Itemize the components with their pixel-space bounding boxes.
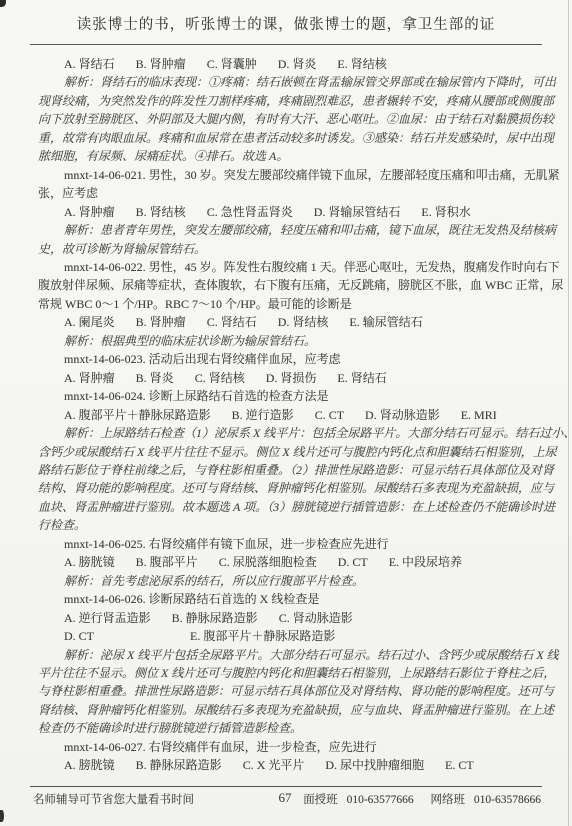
option-item: B. 肾结核 <box>136 205 186 219</box>
option-item: A. 肾肿瘤 <box>64 205 115 219</box>
analysis-line: 肾结核、肾肿瘤钙化相鉴别。尿酸结石多表现为充盈缺损，应与血块、肾盂肿瘤进行鉴别。… <box>38 701 538 719</box>
option-item: D. 肾输尿管结石 <box>314 205 401 219</box>
options-line: A. 腹部平片＋静脉尿路造影B. 逆行造影C. CTD. 肾动脉造影E. MRI <box>38 406 538 424</box>
analysis-line: 含钙少或尿酸结石 X 线平片往往不显示。侧位 X 线片还可与腹腔内钙化点和胆囊结… <box>38 443 538 461</box>
question-line: mnxt-14-06-021. 男性，30 岁。突发左腰部绞痛伴镜下血尿，左腰部… <box>38 166 538 184</box>
footer-divider <box>30 786 542 787</box>
option-item: E. 肾结石 <box>337 371 386 385</box>
option-item: C. CT <box>315 408 344 422</box>
option-item: E. 腹部平片＋静脉尿路造影 <box>190 629 335 643</box>
online-class-label: 网络班 <box>431 794 466 806</box>
options-line: A. 膀胱镜B. 静脉尿路造影C. X 光平片D. 尿中找肿瘤细胞E. CT <box>38 756 538 774</box>
options-line: A. 阑尾炎B. 肾肿瘤C. 肾结石D. 肾结核E. 输尿管结石 <box>38 313 538 331</box>
option-item: D. 尿中找肿瘤细胞 <box>325 758 424 772</box>
option-item: B. 逆行造影 <box>232 408 294 422</box>
option-item: B. 肾肿瘤 <box>136 315 186 329</box>
option-item: C. 肾结石 <box>207 315 257 329</box>
question-line: mnxt-14-06-023. 活动后出现右肾绞痛伴血尿，应考虑 <box>38 350 538 368</box>
analysis-line: 解析：泌尿 X 线平片包括全尿路平片。大部分结石可显示。结石过小、含钙少或尿酸结… <box>38 646 538 664</box>
analysis-line: 向下放射至膀胱区、外阴部及大腿内侧，有时有大汗、恶心呕吐。②血尿：由于结石对黏膜… <box>38 110 538 128</box>
options-line: A. 肾肿瘤B. 肾结核C. 急性肾盂肾炎D. 肾输尿管结石E. 肾积水 <box>38 203 538 221</box>
page-number: 67 <box>278 790 291 806</box>
options-line: A. 膀胱镜B. 腹部平片C. 尿脱落细胞检查D. CTE. 中段尿培养 <box>38 553 538 571</box>
option-item: C. 肾动脉造影 <box>279 611 353 625</box>
option-item: E. CT <box>445 758 474 772</box>
onsite-class-phone: 010-63577666 <box>347 794 414 806</box>
analysis-line: 解析：首先考虑泌尿系的结石，所以应行腹部平片检查。 <box>38 572 538 590</box>
option-item: B. 静脉尿路造影 <box>172 611 258 625</box>
option-item: D. 肾损伤 <box>266 371 317 385</box>
question-line: mnxt-14-06-026. 诊断尿路结石首选的 X 线检查是 <box>38 590 538 608</box>
analysis-line: 解析：上尿路结石检查（1）泌尿系 X 线平片：包括全尿路平片。大部分结石可显示。… <box>38 424 538 442</box>
option-item: B. 肾炎 <box>136 371 174 385</box>
analysis-line: 解析：肾结石的临床表现：①疼痛：结石嵌顿在肾盂输尿管交界部或在输尿管内下降时，可… <box>38 73 538 91</box>
analysis-line: 脓细胞，有尿频、尿痛症状。④排石。故选 A。 <box>38 147 538 165</box>
analysis-line: 路结石影位于脊柱前缘之后，与脊柱影相重叠。（2）排泄性尿路造影：可显示结石具体部… <box>38 461 538 479</box>
footer-contacts: 面授班 010-63577666 网络班 010-63578666 <box>303 791 541 807</box>
option-item: C. 肾囊肿 <box>207 57 257 71</box>
option-item: A. 肾肿瘤 <box>64 371 115 385</box>
scanned-book-page: 读张博士的书，听张博士的课，做张博士的题，拿卫生部的证 A. 肾结石B. 肾肿瘤… <box>0 0 572 826</box>
analysis-line: 平片往往不显示。侧位 X 线片还可与腹腔内钙化和胆囊结石相鉴别，上尿路结石影位于… <box>38 664 538 682</box>
option-item: D. 肾动脉造影 <box>365 408 440 422</box>
question-line: 腹放射伴尿频、尿痛等症状，查体腹软，右下腹有压痛，无反跳痛，膀胱区不胀，血 WB… <box>38 276 538 294</box>
option-item: D. 肾结核 <box>278 315 329 329</box>
option-item: D. CT <box>64 629 94 643</box>
option-item: E. MRI <box>461 408 497 422</box>
question-line: mnxt-14-06-025. 右肾绞痛伴有镜下血尿，进一步检查应先进行 <box>38 535 538 553</box>
option-item: E. 肾结核 <box>337 57 386 71</box>
question-line: 张，应考虑 <box>38 184 538 202</box>
analysis-line: 行检查。 <box>38 516 538 534</box>
options-line: D. CTE. 腹部平片＋静脉尿路造影 <box>38 627 538 645</box>
option-item: C. X 光平片 <box>243 758 305 772</box>
header-divider <box>30 44 542 45</box>
page-header-slogan: 读张博士的书，听张博士的课，做张博士的题，拿卫生部的证 <box>0 13 572 34</box>
analysis-line: 与脊柱影相重叠。排泄性尿路造影：可显示结石具体部位及对肾结构、肾功能的影响程度。… <box>38 682 538 700</box>
options-line: A. 肾结石B. 肾肿瘤C. 肾囊肿D. 肾炎E. 肾结核 <box>38 55 538 73</box>
option-item: D. 肾炎 <box>278 57 317 71</box>
analysis-line: 重，故常有肉眼血尿。疼痛和血尿常在患者活动较多时诱发。③感染：结石并发感染时，尿… <box>38 129 538 147</box>
option-item: B. 腹部平片 <box>136 555 198 569</box>
analysis-line: 解析：患者青年男性，突发左腰部绞痛，轻度压痛和叩击痛，镜下血尿，既往无发热及结核… <box>38 221 538 239</box>
scan-edge-artifact <box>568 0 569 826</box>
option-item: E. 输尿管结石 <box>349 315 422 329</box>
option-item: E. 中段尿培养 <box>389 555 462 569</box>
analysis-line: 检查仍不能确诊时进行膀胱镜逆行插管造影检查。 <box>38 719 538 737</box>
option-item: A. 肾结石 <box>64 57 115 71</box>
option-item: B. 肾肿瘤 <box>136 57 186 71</box>
option-item: C. 肾结核 <box>195 371 245 385</box>
option-item: A. 逆行肾盂造影 <box>64 611 151 625</box>
option-item: B. 静脉尿路造影 <box>136 758 222 772</box>
analysis-line: 解析：根据典型的临床症状诊断为输尿管结石。 <box>38 332 538 350</box>
onsite-class-label: 面授班 <box>303 794 338 806</box>
analysis-line: 血块、肾盂肿瘤进行鉴别。故本题选 A 项。（3）膀胱镜逆行插管造影：在上述检查仍… <box>38 498 538 516</box>
option-item: A. 阑尾炎 <box>64 315 115 329</box>
question-line: 常规 WBC 0～1 个/HP。RBC 7～10 个/HP。最可能的诊断是 <box>38 295 538 313</box>
footer-note: 名师辅导可节省您大量看书时间 <box>33 791 194 807</box>
option-item: E. 肾积水 <box>421 205 470 219</box>
scan-corner-artifact <box>0 810 4 822</box>
content-lines: A. 肾结石B. 肾肿瘤C. 肾囊肿D. 肾炎E. 肾结核解析：肾结石的临床表现… <box>38 55 538 775</box>
option-item: A. 膀胱镜 <box>64 555 115 569</box>
question-line: mnxt-14-06-027. 右肾绞痛伴有血尿，进一步检查，应先进行 <box>38 738 538 756</box>
options-line: A. 逆行肾盂造影B. 静脉尿路造影C. 肾动脉造影 <box>38 609 538 627</box>
options-line: A. 肾肿瘤B. 肾炎C. 肾结核D. 肾损伤E. 肾结石 <box>38 369 538 387</box>
question-line: mnxt-14-06-024. 诊断上尿路结石首选的检查方法是 <box>38 387 538 405</box>
option-item: D. CT <box>338 555 368 569</box>
option-item: A. 膀胱镜 <box>64 758 115 772</box>
option-item: A. 腹部平片＋静脉尿路造影 <box>64 408 211 422</box>
scan-corner-artifact <box>0 0 6 7</box>
analysis-line: 结构、肾功能的影响程度。还可与肾结核、肾肿瘤钙化相鉴别。尿酸结石多表现为充盈缺损… <box>38 479 538 497</box>
option-item: C. 急性肾盂肾炎 <box>207 205 293 219</box>
option-item: C. 尿脱落细胞检查 <box>219 555 317 569</box>
online-class-phone: 010-63578666 <box>474 794 541 806</box>
analysis-line: 现肾绞痛，为突然发作的阵发性刀割样疼痛，疼痛剧烈难忍，患者辗转不安，疼痛从腰部或… <box>38 92 538 110</box>
question-line: mnxt-14-06-022. 男性，45 岁。阵发性右腹绞痛 1 天。伴恶心呕… <box>38 258 538 276</box>
analysis-line: 史，故可诊断为肾输尿管结石。 <box>38 240 538 258</box>
